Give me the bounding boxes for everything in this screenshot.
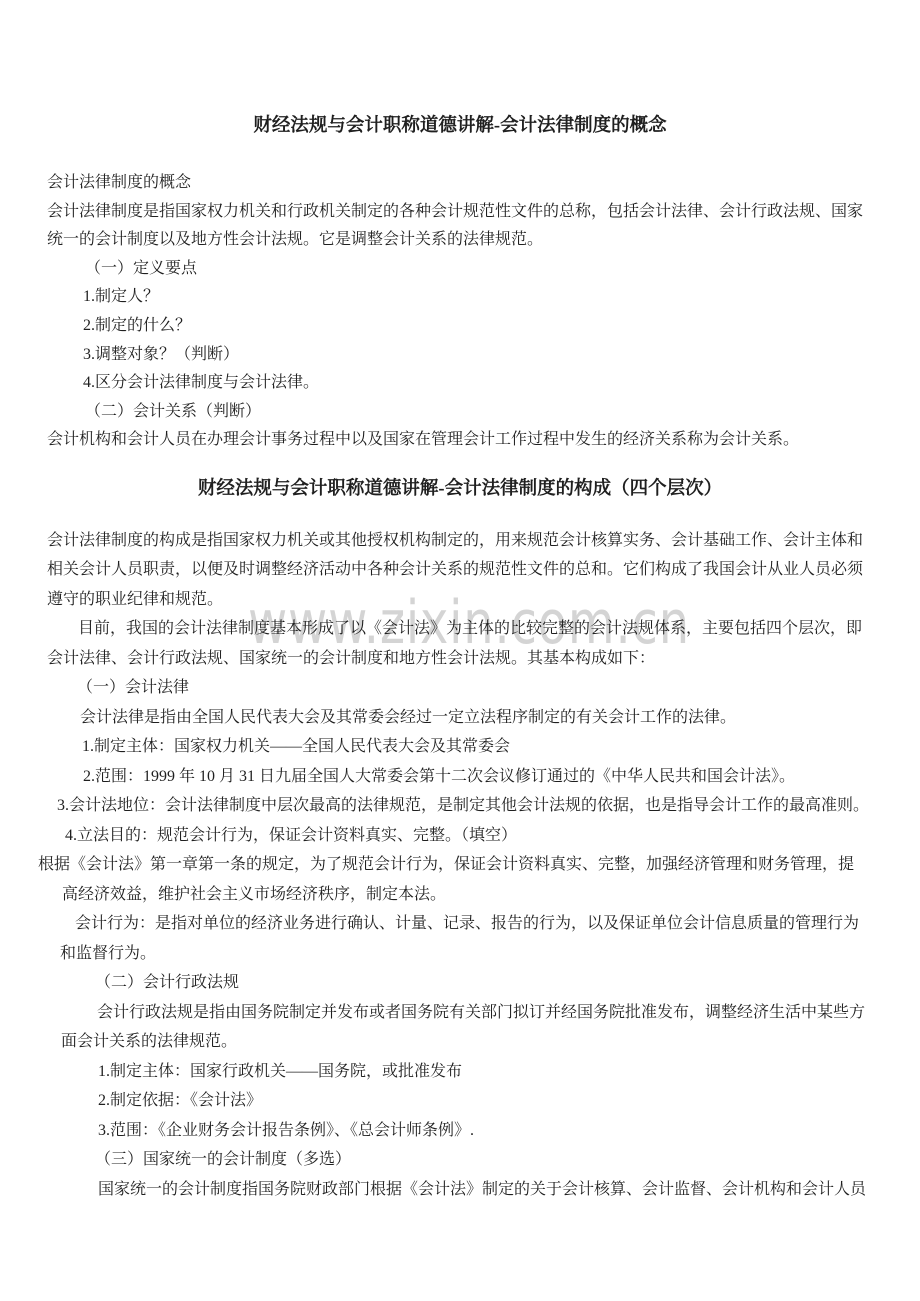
- text-line: 3.范围：《企业财务会计报告条例》、《总会计师条例》.: [0, 1116, 920, 1146]
- text-line: 4.区分会计法律制度与会计法律。: [0, 369, 920, 398]
- text-line: 会计行为：是指对单位的经济业务进行确认、计量、记录、报告的行为，以及保证单位会计…: [0, 909, 920, 939]
- text-line: 会计行政法规是指由国务院制定并发布或者国务院有关部门拟订并经国务院批准发布，调整…: [0, 998, 920, 1028]
- text-line: 会计法律制度的构成是指国家权力机关或其他授权机构制定的，用来规范会计核算实务、会…: [0, 526, 920, 556]
- text-line: 2.制定依据：《会计法》: [0, 1086, 920, 1116]
- text-line: （二）会计关系（判断）: [0, 398, 920, 427]
- text-line: 3.会计法地位：会计法律制度中层次最高的法律规范，是制定其他会计法规的依据，也是…: [0, 791, 920, 821]
- text-line: 2.制定的什么？: [0, 312, 920, 341]
- text-line: 高经济效益，维护社会主义市场经济秩序，制定本法。: [0, 880, 920, 910]
- text-line: （一）会计法律: [0, 673, 920, 703]
- document-page: www.zixin.com.cn 财经法规与会计职称道德讲解-会计法律制度的概念…: [0, 0, 920, 1301]
- text-line: 根据《会计法》第一章第一条的规定，为了规范会计行为，保证会计资料真实、完整，加强…: [0, 850, 920, 880]
- text-line: 会计法律制度的概念: [0, 169, 920, 198]
- text-line: 1.制定人？: [0, 283, 920, 312]
- text-line: （二）会计行政法规: [0, 968, 920, 998]
- text-line: 会计法律制度是指国家权力机关和行政机关制定的各种会计规范性文件的总称，包括会计法…: [0, 198, 920, 227]
- text-line: 2.范围：1999 年 10 月 31 日九届全国人大常委会第十二次会议修订通过…: [0, 762, 920, 792]
- section-title-2: 财经法规与会计职称道德讲解-会计法律制度的构成（四个层次）: [0, 475, 920, 504]
- text-line: 1.制定主体：国家行政机关——国务院，或批准发布: [0, 1057, 920, 1087]
- text-line: 4.立法目的：规范会计行为，保证会计资料真实、完整。（填空）: [0, 821, 920, 851]
- text-line: 统一的会计制度以及地方性会计法规。它是调整会计关系的法律规范。: [0, 226, 920, 255]
- text-line: 国家统一的会计制度指国务院财政部门根据《会计法》制定的关于会计核算、会计监督、会…: [0, 1175, 920, 1205]
- text-line: 1.制定主体：国家权力机关——全国人民代表大会及其常委会: [0, 732, 920, 762]
- text-line: 遵守的职业纪律和规范。: [0, 585, 920, 615]
- text-line: 会计法律、会计行政法规、国家统一的会计制度和地方性会计法规。其基本构成如下：: [0, 644, 920, 674]
- section-title-1: 财经法规与会计职称道德讲解-会计法律制度的概念: [0, 112, 920, 141]
- section-body-1: 会计法律制度的概念会计法律制度是指国家权力机关和行政机关制定的各种会计规范性文件…: [0, 169, 920, 455]
- section-body-2: 会计法律制度的构成是指国家权力机关或其他授权机构制定的，用来规范会计核算实务、会…: [0, 526, 920, 1205]
- text-line: 3.调整对象？（判断）: [0, 341, 920, 370]
- text-line: （一）定义要点: [0, 255, 920, 284]
- text-line: 面会计关系的法律规范。: [0, 1027, 920, 1057]
- document-content: 财经法规与会计职称道德讲解-会计法律制度的概念会计法律制度的概念会计法律制度是指…: [0, 112, 920, 1204]
- text-line: 会计机构和会计人员在办理会计事务过程中以及国家在管理会计工作过程中发生的经济关系…: [0, 426, 920, 455]
- text-line: 目前，我国的会计法律制度基本形成了以《会计法》为主体的比较完整的会计法规体系，主…: [0, 614, 920, 644]
- text-line: 和监督行为。: [0, 939, 920, 969]
- text-line: 会计法律是指由全国人民代表大会及其常委会经过一定立法程序制定的有关会计工作的法律…: [0, 703, 920, 733]
- text-line: （三）国家统一的会计制度（多选）: [0, 1145, 920, 1175]
- text-line: 相关会计人员职责，以便及时调整经济活动中各种会计关系的规范性文件的总和。它们构成…: [0, 555, 920, 585]
